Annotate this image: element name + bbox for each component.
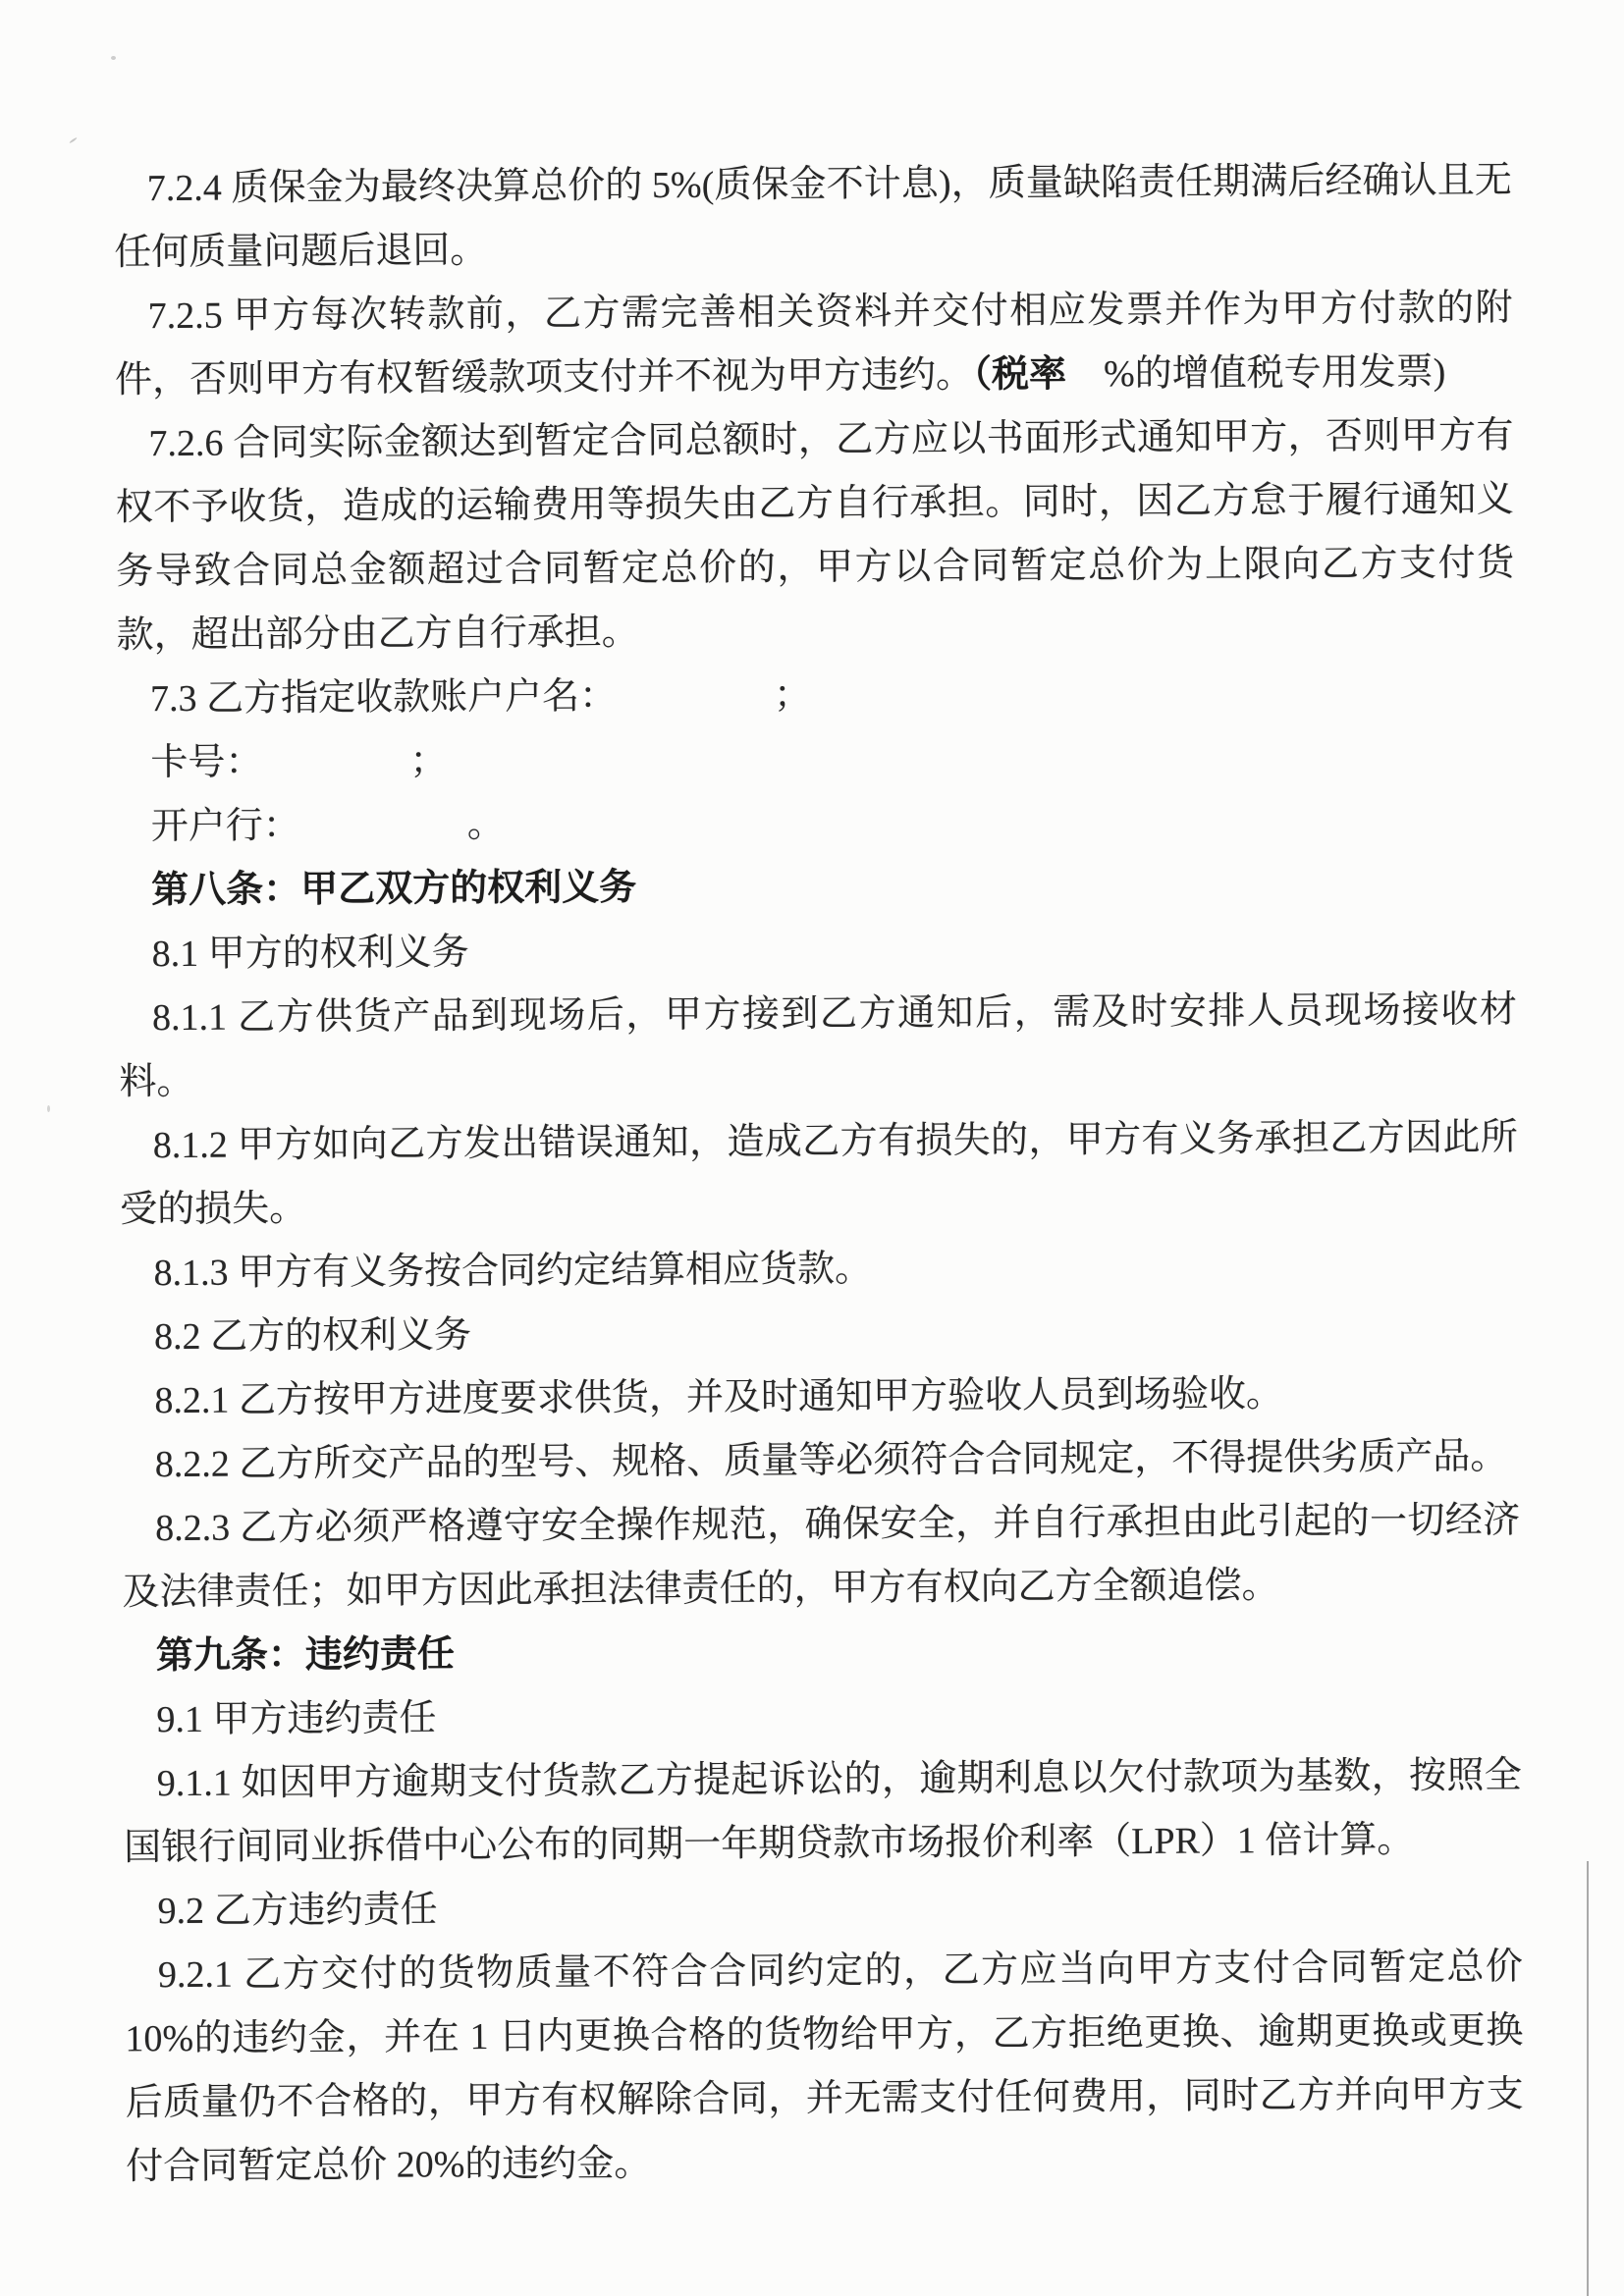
scan-artifact-vertical-line — [1587, 1861, 1589, 2296]
clause-9-1: 9.1 甲方违约责任 — [123, 1681, 1521, 1753]
clause-8-2-1: 8.2.1 乙方按甲方进度要求供货，并及时通知甲方验收人员到场验收。 — [121, 1362, 1519, 1434]
clause-7-3-bank-line: 开户行：。 — [118, 787, 1516, 860]
clause-7-2-5: 7.2.5 甲方每次转款前，乙方需完善相关资料并交付相应发票并作为甲方付款的附件… — [114, 277, 1513, 413]
clause-7-3-account-name-line: 7.3 乙方指定收款账户户名：； — [117, 660, 1515, 732]
clause-8-2-2: 8.2.2 乙方所交产品的型号、规格、质量等必须符合合同规定，不得提供劣质产品。 — [122, 1425, 1520, 1498]
account-name-semicolon: ； — [774, 674, 811, 716]
clause-8-1-3: 8.1.3 甲方有义务按合同约定结算相应货款。 — [120, 1234, 1518, 1307]
bank-period: 。 — [467, 804, 505, 845]
clause-7-2-6: 7.2.6 合同实际金额达到暂定合同总额时，乙方应以书面形式通知甲方，否则甲方有… — [115, 404, 1515, 668]
scan-speck — [69, 137, 78, 144]
clause-7-2-4: 7.2.4 质保金为最终决算总价的 5%(质保金不计息)，质量缺陷责任期满后经确… — [114, 149, 1513, 286]
scan-speck — [111, 56, 116, 60]
account-name-label: 7.3 乙方指定收款账户户名： — [150, 675, 617, 720]
contract-page-body: 7.2.4 质保金为最终决算总价的 5%(质保金不计息)，质量缺陷责任期满后经确… — [114, 149, 1525, 2200]
bank-label: 开户行： — [151, 805, 300, 847]
clause-9-2-1: 9.2.1 乙方交付的货物质量不符合合同约定的，乙方应当向甲方支付合同暂定总价 … — [125, 1936, 1525, 2200]
scan-speck — [47, 1105, 50, 1112]
clause-8-1-1: 8.1.1 乙方供货产品到现场后，甲方接到乙方通知后，需及时安排人员现场接收材料… — [119, 979, 1518, 1115]
clause-8-2: 8.2 乙方的权利义务 — [121, 1298, 1519, 1370]
bank-blank — [300, 835, 467, 837]
clause-8-1: 8.1 甲方的权利义务 — [118, 915, 1516, 988]
clause-8-1-2: 8.1.2 甲方如向乙方发出错误通知，造成乙方有损失的，甲方有义务承担乙方因此所… — [120, 1106, 1519, 1243]
card-number-blank — [263, 773, 410, 774]
clause-9-2: 9.2 乙方违约责任 — [124, 1872, 1522, 1945]
card-number-label: 卡号： — [150, 741, 262, 783]
vat-invoice-note: %的增值税专用发票) — [1066, 351, 1446, 395]
article-8-heading: 第八条：甲乙双方的权利义务 — [118, 851, 1516, 924]
article-9-heading: 第九条：违约责任 — [123, 1617, 1521, 1689]
clause-7-3-card-number-line: 卡号：； — [117, 723, 1515, 796]
card-number-semicolon: ； — [409, 740, 447, 781]
clause-9-1-1: 9.1.1 如因甲方逾期支付货款乙方提起诉讼的，逾期利息以欠付款项为基数，按照全… — [124, 1744, 1523, 1881]
clause-8-2-3: 8.2.3 乙方必须严格遵守安全操作规范，确保安全，并自行承担由此引起的一切经济… — [122, 1489, 1521, 1626]
tax-rate-bold-label: （税率 — [973, 353, 1066, 396]
account-name-blank — [617, 706, 774, 708]
